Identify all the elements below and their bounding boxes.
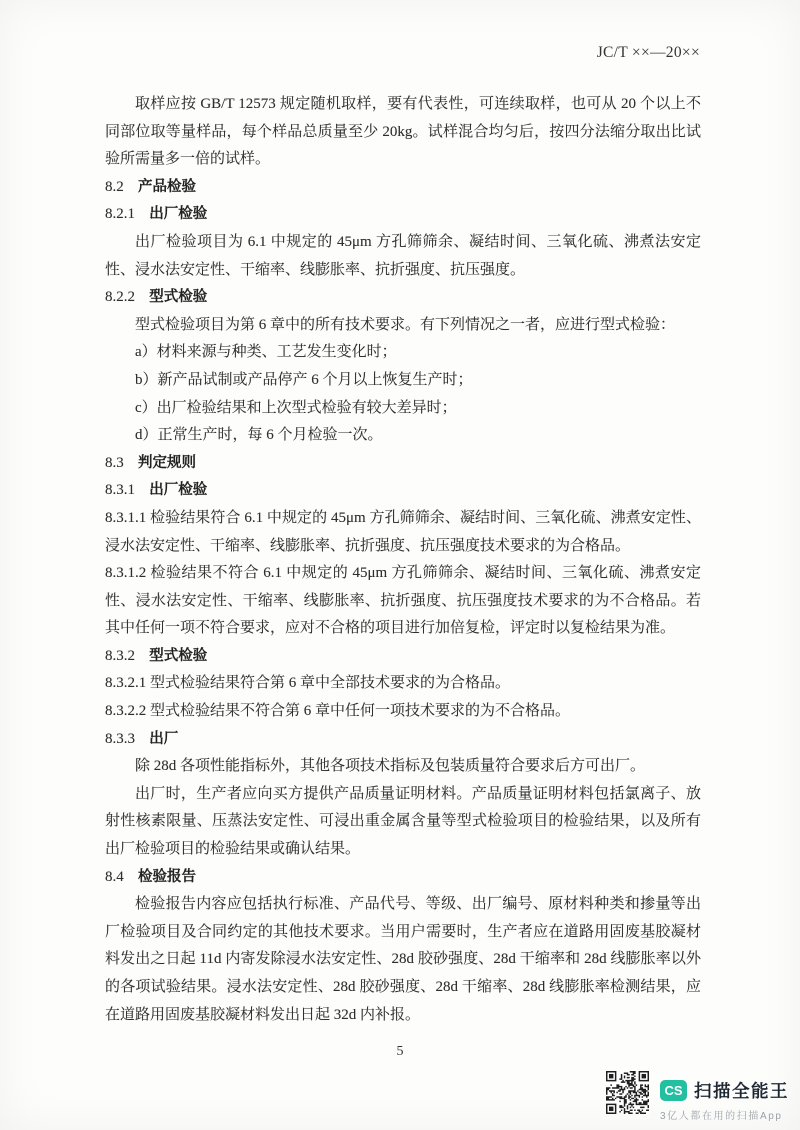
heading-8-3: 8.3判定规则 xyxy=(105,450,701,478)
heading-title: 出厂 xyxy=(149,731,178,747)
heading-8-3-3: 8.3.3出厂 xyxy=(105,726,701,754)
list-item-a: a）材料来源与种类、工艺发生变化时； xyxy=(105,339,701,367)
heading-8-3-1: 8.3.1出厂检验 xyxy=(105,477,701,505)
heading-number: 8.3 xyxy=(105,455,124,471)
clause-8-3-2-1: 8.3.2.1 型式检验结果符合第 6 章中全部技术要求的为合格品。 xyxy=(105,670,701,698)
heading-8-3-2: 8.3.2型式检验 xyxy=(105,643,701,671)
paragraph-ex-factory: 除 28d 各项性能指标外，其他各项技术指标及包装质量符合要求后方可出厂。 xyxy=(105,753,701,781)
camscanner-tagline: 3亿人都在用的扫描App xyxy=(660,1107,789,1122)
heading-title: 型式检验 xyxy=(149,648,207,664)
heading-8-4: 8.4检验报告 xyxy=(105,864,701,892)
clause-8-3-1-2: 8.3.1.2 检验结果不符合 6.1 中规定的 45μm 方孔筛筛余、凝结时间… xyxy=(105,560,701,643)
heading-title: 出厂检验 xyxy=(149,482,207,498)
paragraph-quality-certificate: 出厂时，生产者应向买方提供产品质量证明材料。产品质量证明材料包括氯离子、放射性核… xyxy=(105,781,701,864)
heading-number: 8.4 xyxy=(105,869,124,885)
heading-title: 判定规则 xyxy=(138,455,196,471)
heading-title: 型式检验 xyxy=(149,289,207,305)
clause-8-3-1-1: 8.3.1.1 检验结果符合 6.1 中规定的 45μm 方孔筛筛余、凝结时间、… xyxy=(105,505,701,560)
heading-title: 出厂检验 xyxy=(149,206,207,222)
list-item-c: c）出厂检验结果和上次型式检验有较大差异时； xyxy=(105,395,701,423)
standard-number: JC/T ××—20×× xyxy=(597,44,700,61)
page-header: JC/T ××—20×× xyxy=(100,44,700,62)
paragraph-type-inspection-intro: 型式检验项目为第 6 章中的所有技术要求。有下列情况之一者，应进行型式检验： xyxy=(105,312,701,340)
camscanner-watermark: CS 扫描全能王 3亿人都在用的扫描App xyxy=(606,1071,789,1122)
page-number: 5 xyxy=(397,1044,404,1059)
camscanner-app-name: 扫描全能王 xyxy=(694,1078,789,1103)
camscanner-logo-icon: CS xyxy=(660,1080,687,1101)
heading-number: 8.2 xyxy=(105,179,124,195)
camscanner-logo-text: CS xyxy=(664,1083,682,1098)
list-item-b: b）新产品试制或产品停产 6 个月以上恢复生产时； xyxy=(105,367,701,395)
heading-number: 8.2.1 xyxy=(105,206,135,222)
paragraph-inspection-report: 检验报告内容应包括执行标准、产品代号、等级、出厂编号、原材料种类和掺量等出厂检验… xyxy=(105,891,701,1029)
heading-number: 8.3.2 xyxy=(105,648,135,664)
paragraph-sampling: 取样应按 GB/T 12573 规定随机取样，要有代表性，可连续取样，也可从 2… xyxy=(105,91,701,174)
document-content: 取样应按 GB/T 12573 规定随机取样，要有代表性，可连续取样，也可从 2… xyxy=(105,91,701,1029)
camscanner-branding: CS 扫描全能王 3亿人都在用的扫描App xyxy=(660,1071,789,1122)
clause-8-3-2-2: 8.3.2.2 型式检验结果不符合第 6 章中任何一项技术要求的为不合格品。 xyxy=(105,698,701,726)
heading-8-2-2: 8.2.2型式检验 xyxy=(105,284,701,312)
heading-number: 8.3.1 xyxy=(105,482,135,498)
heading-title: 检验报告 xyxy=(138,869,196,885)
qr-code-icon xyxy=(606,1071,649,1114)
document-page: JC/T ××—20×× 取样应按 GB/T 12573 规定随机取样，要有代表… xyxy=(0,0,800,1130)
heading-number: 8.3.3 xyxy=(105,731,135,747)
page-footer: 5 xyxy=(0,1044,800,1060)
heading-title: 产品检验 xyxy=(138,179,196,195)
heading-8-2: 8.2产品检验 xyxy=(105,174,701,202)
heading-8-2-1: 8.2.1出厂检验 xyxy=(105,201,701,229)
paragraph-factory-inspection-items: 出厂检验项目为 6.1 中规定的 45μm 方孔筛筛余、凝结时间、三氧化硫、沸煮… xyxy=(105,229,701,284)
list-item-d: d）正常生产时，每 6 个月检验一次。 xyxy=(105,422,701,450)
heading-number: 8.2.2 xyxy=(105,289,135,305)
